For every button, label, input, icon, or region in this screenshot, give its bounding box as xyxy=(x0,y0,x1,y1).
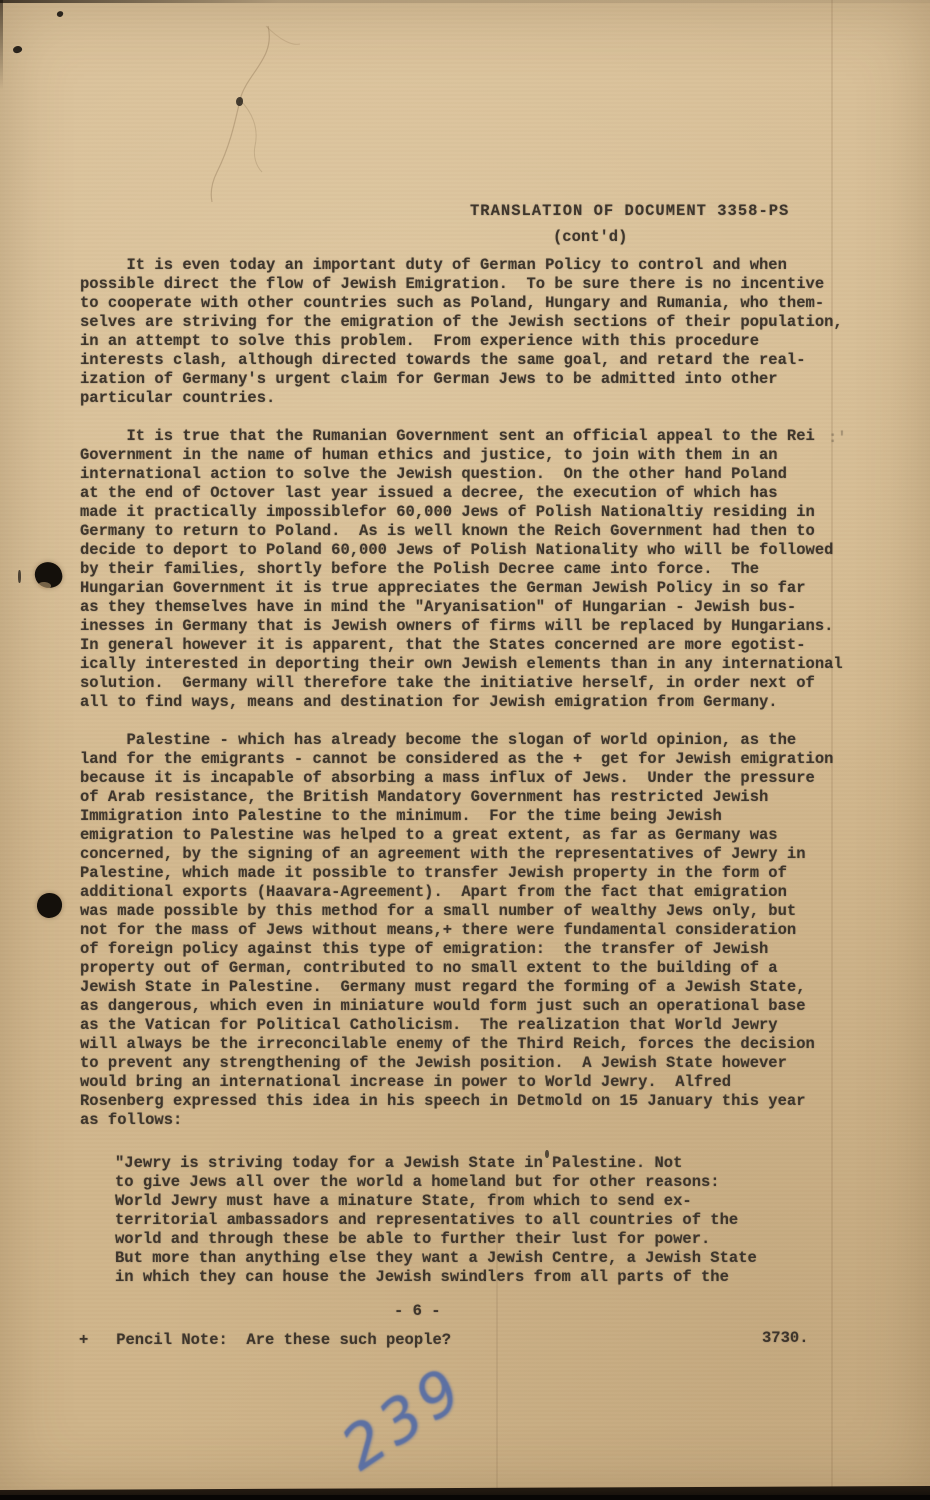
scan-edge-top xyxy=(0,0,930,3)
document-subtitle: (cont'd) xyxy=(553,228,627,247)
hole-punch-mark xyxy=(35,891,63,919)
ink-speck xyxy=(12,44,23,54)
page-number: - 6 - xyxy=(394,1302,441,1321)
paragraph-1: It is even today an important duty of Ge… xyxy=(80,256,880,408)
ink-speck xyxy=(236,97,243,106)
handwritten-page-number: 239 xyxy=(329,1348,484,1484)
scan-edge-bottom xyxy=(0,1495,930,1500)
footnote-pencil-note: + Pencil Note: Are these such people? xyxy=(79,1331,451,1350)
faded-text-fragment: :' xyxy=(828,429,847,448)
scanned-document-page: TRANSLATION OF DOCUMENT 3358-PS (cont'd)… xyxy=(0,0,930,1500)
hole-punch-mark xyxy=(33,559,65,590)
paragraph-3: Palestine - which has already become the… xyxy=(80,731,880,1130)
document-ref-number: 3730. xyxy=(762,1329,809,1348)
ink-speck xyxy=(56,10,64,18)
paper-crease xyxy=(200,20,330,210)
ink-speck xyxy=(18,570,21,583)
document-title: TRANSLATION OF DOCUMENT 3358-PS xyxy=(470,202,789,221)
document-body: It is even today an important duty of Ge… xyxy=(80,256,880,1287)
speech-quotation: "Jewry is striving today for a Jewish St… xyxy=(115,1154,880,1287)
paragraph-2: It is true that the Rumanian Government … xyxy=(80,427,880,712)
scan-edge-left xyxy=(0,0,3,90)
